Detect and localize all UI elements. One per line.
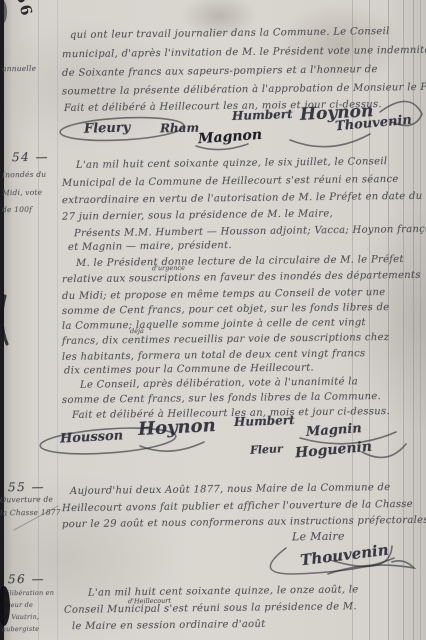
ruled-line (420, 0, 421, 640)
entry-number-54: 54 — (12, 150, 49, 164)
margin-note: aubergiste (2, 625, 39, 633)
mayor-label: Le Maire (292, 530, 345, 544)
signature: Humbert (234, 413, 295, 429)
margin-note: M. Vautrin, (0, 613, 39, 621)
ruled-line (403, 0, 404, 640)
ruled-line (413, 0, 414, 640)
margin-note: Midi, vote (2, 188, 42, 197)
signature: Rham (160, 121, 199, 136)
handwritten-line: et Magnin — maire, président. (68, 240, 232, 253)
entry-number-56: 56 — (8, 572, 45, 586)
signature: Humbert (232, 107, 293, 123)
signature: Hoynon (138, 415, 217, 440)
signature: Fleur (250, 442, 283, 457)
entry-number-55: 55 — (8, 480, 45, 494)
handwritten-line: le Maire en session ordinaire d'août (72, 619, 266, 632)
margin-note: la Chasse 1877 (0, 508, 61, 518)
margin-note: faveur de (0, 601, 33, 609)
margin-note: Inondés du (2, 170, 46, 180)
scanned-register-page: 56 annuelle qui ont leur travail journal… (0, 0, 426, 640)
ruled-line (38, 0, 39, 640)
margin-note: Ouverture de (0, 495, 53, 505)
signature: Fleury (84, 120, 131, 137)
margin-note: de 100f (2, 205, 32, 214)
ruled-line (388, 0, 389, 640)
interline-insertion: d'urgence (152, 264, 185, 272)
margin-note: Délibération en (0, 589, 54, 598)
margin-note: annuelle (2, 64, 36, 73)
ruled-line (57, 0, 58, 640)
interline-insertion: déjà (130, 327, 144, 335)
